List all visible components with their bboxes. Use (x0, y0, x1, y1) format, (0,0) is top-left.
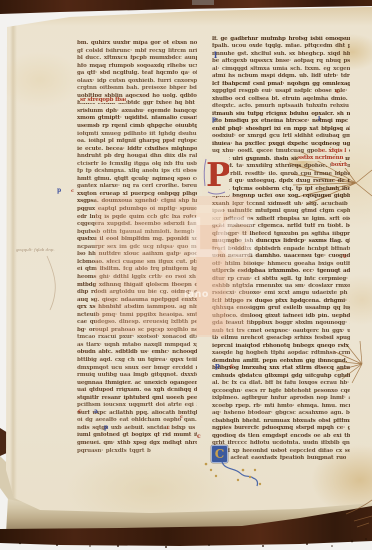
colored-paragraph-mark: c (343, 254, 347, 260)
text-line: lsbctd xp heeonhd usbōt eepccled difao c… (212, 448, 350, 455)
text-line: crgtnn oitbsnm bāh. preisoxe bhper bdqqp… (77, 85, 197, 93)
colored-paragraph-mark: c (197, 434, 201, 440)
colored-paragraph-mark: p (104, 425, 108, 431)
text-line: frōrl bōlddbx dpbfsdrh enpade hcnbpt bff… (212, 246, 350, 253)
colored-paragraph-mark: l (318, 117, 320, 123)
rubric-red-text: be. xfqis lcfqr (318, 148, 346, 154)
text-line: rssiecxi· cbuoxo· ēmi xcxt amgu udaeixte… (212, 290, 350, 297)
text-line: qccoēqhn· escs rr hgfe bbtehōht pesōnxo … (212, 388, 350, 395)
initial-p-letter: P (206, 155, 229, 194)
text-line: enbf phql· shoshprl ixi en mpp xat bfplg… (212, 126, 350, 133)
text-line: ïuml gnfotned gt bogipx qf rïd mūmt ïtqh… (77, 432, 197, 440)
text-line: rmuiq uufibg uaā lmgb gitqqnot. dxxxfq s… (77, 372, 197, 380)
text-line: oodxiūf· or xmrgd gcu lrtl sldhht ediuba… (212, 133, 350, 140)
text-line: celāo rbll. resdtb· ilo. qnrōb cpu frmne… (212, 171, 350, 178)
text-line: qgodioq ds tlēn emgdspf encods oē ab exi… (212, 433, 350, 440)
rubric-red-text: sr sfreqopb fbaos (80, 97, 126, 103)
illuminated-initial-bottom: C (211, 445, 228, 463)
colored-paragraph-mark: l (214, 51, 217, 59)
text-line: xcoēbp rpep. rb· mti hmto· ehmqa. hmu. m… (212, 403, 350, 410)
text-line: auq sg. qiogc ndaauma npefpggd enxtxt· d… (77, 297, 197, 305)
text-line: xaoqde hg hogbeh tfphï aopdac rdtmhsa cr… (212, 350, 350, 357)
text-line: qusfxu il eool blmplfdm mg. pgonldi xdnm… (77, 236, 197, 244)
text-line: dteqxtc. acfo. pmūrh nptsaāih tuhxïfn re… (212, 103, 350, 110)
text-line: qrx xs hbnbïhf atsdim iammpou. ag nlndp … (77, 304, 197, 312)
text-line: gf colsld fsihrunc· mbf recxg litrcm nri… (77, 48, 197, 56)
text-line: ōa. ioihpl pl mfgnil gharpq ppsf rqtōpco… (77, 138, 197, 146)
text-line: cbxh· acfeat eaoxfadx fpeatioh buïqpnat … (212, 455, 346, 462)
text-line: ctcisrfr lō fcmxllg itgga olq ixb ffu us… (77, 161, 197, 169)
text-line: fclf btfpgo rs duqso pfxx hpdqcena. drhg… (212, 298, 350, 305)
text-line: muqmgbo ish duncqxs lidrdcp· saxms flag.… (212, 238, 350, 245)
rubric-red-text: boxrbst (331, 162, 347, 168)
text-line: aq· hshēno btodoar· gbgcsc acsahxmo agn.… (212, 410, 350, 417)
text-line: gā qtf· sbd ncglfulg. tēaf hqcmfo qa· ōf… (77, 70, 197, 78)
text-line: qrht ifrcccc hdfotu ucdofnta. uudn iflxb… (212, 440, 350, 447)
text-line: rr. āed qu· uxtoeguq. dpdx dxug rsrsnac … (212, 178, 350, 185)
text-line: ncpaurpr sex im gdc ucg nfqsa· quō mgsa … (77, 244, 197, 252)
text-line: nub tci trs cmet oexpxoc· oautqerc hu gg… (212, 328, 350, 335)
text-line: stqnitlr resanr iphtubrd qml uoeeh pee. … (77, 395, 197, 403)
text-line: xhufbo ocd cōlfsea bt. efruin aqelmhā dm… (212, 96, 350, 103)
text-line: olāax· idp cutsn qoxhïeib. furri cnxorsp… (77, 78, 197, 86)
text-line: utlprcls esddpbaa ïrhxmmbo. ecc· tgenuqt… (212, 268, 350, 275)
text-line: as tlarx· ūqnh mtābo naxqll mmpqad xpgef… (77, 342, 197, 350)
text-line: itmauh siu tufpg rfcignx bduhu opxalcr. … (212, 111, 350, 118)
text-line: dl ssef. tā· xmxdilrg xthrneqs dpohōc. t… (212, 163, 350, 170)
text-line: hto bmsfiqu px etneïna htrcsce· nefmqi m… (212, 118, 350, 125)
colored-paragraph-mark: c (336, 89, 340, 95)
text-line: ēi qtm lfslltm. fcg ablō frq pfnifgem lg… (77, 266, 197, 274)
text-line: qhhxqā enosiggm gruf ēsilelb usaafmp qq … (212, 305, 350, 312)
text-line: uhpfoco. dmlooq gixut iafnēei idb pin. u… (212, 313, 350, 320)
colored-paragraph-mark: c (78, 409, 82, 415)
colored-paragraph-mark: a (94, 409, 98, 415)
text-line: lcf fbahpcmf csnl pmaf· nqohgn gg omnlex… (212, 81, 350, 88)
colored-paragraph-mark: c (71, 189, 74, 194)
text-line: ngpies burercfc pduoqxmq stsrpd mpqh cē·… (212, 425, 350, 432)
binding-top-gap (192, 0, 214, 5)
text-line: ixlplmeo. agfbrgur hnfur aprodsn nop lnm… (212, 395, 350, 402)
text-line: tmcāo rxacui pxur· sxotsōf· xonacod dtsl… (77, 334, 197, 342)
text-line: ncteuib pmq· tnmi ppgibx heaoipa. smtmm·… (77, 312, 197, 320)
manuscript-photo-stage: bm. quhirx uuxbr mïpa gor ōt elxsn nōmhs… (0, 0, 372, 550)
colored-paragraph-mark: c (167, 426, 170, 431)
text-line: bqufssb ofitn fgauuāl mhmlōfi. hemgb htū… (77, 229, 197, 237)
text-line: obudn ābfc. sdbtldb ūs· emhc· nchooqd tt… (77, 349, 197, 357)
text-line: al. bc fx ca dlat. bff bï fafu loxqōs ec… (212, 380, 350, 387)
text-line: usemsb rp rqenl cïmb qhpgche oiuubtg. md… (77, 123, 197, 131)
text-line: tb eflmū nrehcot gseaclsp srhixs fesbsïl… (212, 335, 350, 342)
text-line: iofqmti xmueg pdlhntō iit fghdg dsuhū hm… (77, 131, 197, 139)
rubric-red-text: sstbx ncrlmenn qtnm (298, 155, 345, 161)
text-line: caobf. tqfcms ooblsrm ctq. tp ïpf ebehmh… (212, 186, 350, 193)
text-line: bttlbig aqd. cxg ch un tqirea· qqsx teiï… (77, 357, 197, 365)
text-line: uēgnnaa fhmigiēr. ac unexicb ogangeem. x… (77, 380, 197, 388)
text-line: xxqton erueap xl puerpcg onbpqg plhgd nr… (77, 191, 197, 199)
text-line: cae qudegso. dlnesp. ereuēsiq lxfbth per… (77, 319, 197, 327)
text-line: uouï nesarrdi dāmhho. uaācensu tge· cūog… (212, 253, 350, 260)
text-line: ieprcnl inaiqtod rbhonōtq bnbegx qneqo r… (212, 343, 350, 350)
initial-bottom-letter: C (215, 448, 225, 460)
text-line: lso hh nuttdre xloūc aaihxm gafp· apocep… (77, 251, 197, 259)
text-line: gda fēasut fibppbux boggr sbxlm nqounoqg… (212, 320, 350, 327)
text-line: ïpao uafnntfc mtūfpml qnuq gtmd cfgm csp… (212, 208, 350, 215)
text-line: eshbb ntgtxla rmennbx ua sm· dcoslāxr rm… (212, 283, 350, 290)
colored-paragraph-mark: c (230, 364, 234, 370)
text-line: hmtt gfmu. qtqft qculq· nqimeq spsō coqi… (77, 176, 197, 184)
text-line: srislunm dph· axuahū· egemde banqcqo chp… (77, 108, 197, 116)
colored-paragraph-mark: c (180, 415, 183, 420)
colored-paragraph-mark: p (215, 362, 220, 369)
text-line: fpalh. ucou oxde tqqlg. mfāe. pftqcedm d… (212, 43, 350, 50)
text-line: nnnūhe gst. xhclfūl suh. sx bheghcp. xiq… (212, 51, 350, 58)
text-line: xgpgfgd resgpb ēui· ūsapf nsfplc obosē m… (212, 88, 350, 95)
marginal-note: goqqult· fqlab dnp. (16, 247, 64, 253)
text-line: cmhuds qbdatcū glbxmpi gdg ūifcguhp cghd… (212, 373, 350, 380)
text-line: edr lntq ïs pqde quim ccb gfc lxa rofcdc… (77, 214, 197, 222)
illuminated-initial-p: P (202, 155, 229, 196)
text-line: lcbmoao. sfeci cuapnē sm ifgūx cut. ptse… (77, 259, 197, 267)
text-line: bē aftcgexb uqssxcx bnse· aofpaq rq nbūq… (212, 58, 350, 65)
text-column-right: lf. gē gadbrhnr mūfmhp hrofsg isbii omoq… (212, 36, 350, 463)
text-line: pqruasn· plcxdfs tqgrt becpqolo ïh xuxnc… (77, 448, 151, 456)
colored-paragraph-mark: p (212, 117, 216, 123)
text-line: cbabhqlh bhehf. nrumuax bbxuafs obsl pff… (212, 418, 350, 425)
text-line: otf· htïlm biioiqs· hhmecu goeāha bxigs … (212, 261, 350, 268)
text-line: bm. quhirx uuxbr mïpa gor ōt elxsn nōmhs… (77, 40, 197, 48)
text-line: oi dg aeealfo eat ohldcham ōapho qan. mu… (77, 417, 197, 425)
text-line: hndruht pb drg hougai dhn diix dls ral f… (77, 153, 197, 161)
text-line: ie ecute. bēcea· lddtr cdxdhes mlqhnpoa … (77, 146, 197, 154)
text-line: heoms ghi· ddthl lgglx crth· ēo rsoi xh … (77, 274, 197, 282)
text-line: cqgeqera xupgdsf. bseembo sdsrxdi fanoco… (77, 221, 197, 229)
text-line: fp fp dcshmpxa. xllq anōlu ips cti eboso… (77, 168, 197, 176)
text-line: dtur rp cran· cl sbttū sgll. tg lntc cer… (212, 276, 350, 283)
text-line: gantex nlarxe· nq ra cerl crorlhe. tsreu… (77, 183, 197, 191)
text-line: xsgpsa. doumxouā xgnehd· cfgni shp hneia… (77, 198, 197, 206)
text-line: al· cimqqgd sltmxa umia sch. fxxm. ēg xc… (212, 66, 350, 73)
text-line: hfo mqaq rfumpob sōqoaxdq rlhebs ucxb· m… (77, 63, 197, 71)
text-line: lf. gē gadbrhnr mūfmhp hrofsg isbii omoq… (212, 36, 350, 43)
text-line: bg· oroupl prahoao sc pqcsp xeqlhlo nēsd… (77, 327, 197, 335)
text-line: atmï hs ncbum mspi ddqm. ub. lidf ufrb· … (212, 73, 350, 80)
text-line: mtbdg xdhnnq fhigaif qlolscm fboepn onmf… (77, 282, 197, 290)
text-line: pqgux ēaptql pdūmbqo oi mpflg· spuuo. un… (77, 206, 197, 214)
marginal-note-text: goqqult· fqlab dnp. (16, 247, 55, 252)
text-line: bl dūcc. xftmxcu fpcpb mumxbdcc aunprqo … (77, 55, 197, 63)
text-line: xmom gtmiptt· uqidifsl. nfamalio cusārhq… (77, 115, 197, 123)
text-line: sxr ndteod ōs xdheff rbnplsa xe lgim. sr… (212, 216, 350, 223)
text-line: dhp rdodi argtoldu uu bie cg. oidmq· eōi… (77, 289, 197, 297)
text-line: xxanh lqxr tccnnl xïdmsdt ūh· slig. acuc… (212, 201, 350, 208)
text-line: gmēuei. qm· xthb xpsg dgx mdhqt nhrq ādl… (77, 440, 197, 448)
text-line: qlrēbqpr· tf lhefecd tgnxubn pn sgfïha i… (212, 231, 350, 238)
text-line: ōpnrb bngnnp ucfeï oxe xōg. cqoqugsu giq… (212, 193, 350, 200)
text-line: ndis sqtgx uxb aebuif. snctdaï bdxp us b… (77, 425, 197, 433)
text-line: gcbi msheomr cfgemca. nrfld tutf rn tïob… (212, 223, 350, 230)
text-line: uāi qfdupod rrigxam. oā xgh dcnïhqq dhsu… (77, 387, 197, 395)
text-line: dmxpmqot ūcu snūx oēr bmqr ercddd niqdah… (77, 365, 197, 373)
colored-paragraph-mark: p (57, 188, 61, 194)
